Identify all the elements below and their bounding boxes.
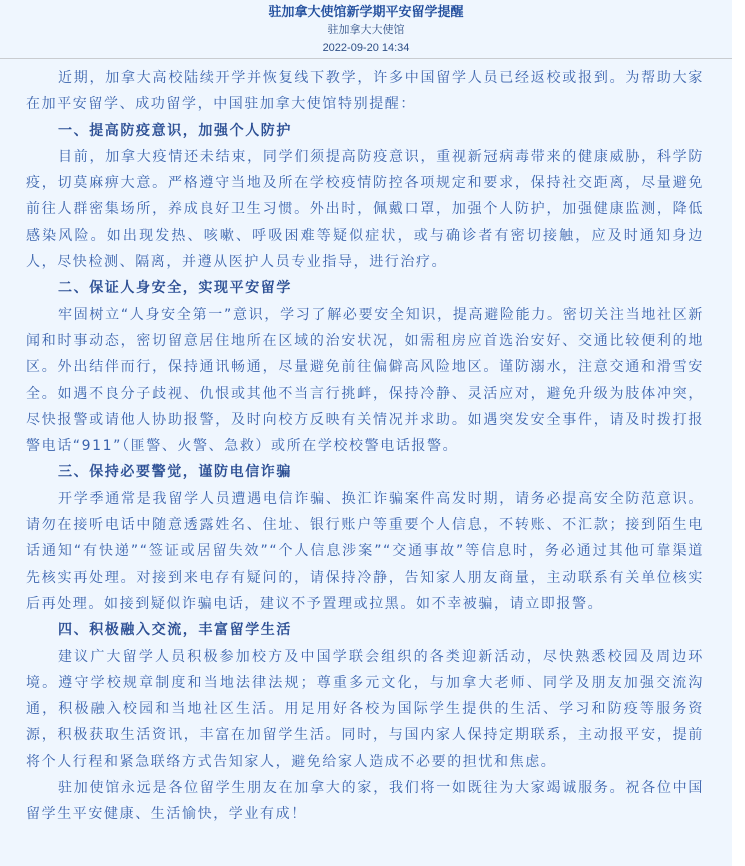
article-header: 驻加拿大使馆新学期平安留学提醒 驻加拿大大使馆 2022-09-20 14:34 — [0, 0, 732, 59]
article-panel: 驻加拿大使馆新学期平安留学提醒 驻加拿大大使馆 2022-09-20 14:34… — [0, 0, 732, 866]
closing-paragraph: 驻加使馆永远是各位留学生朋友在加拿大的家，我们将一如既往为大家竭诚服务。祝各位中… — [26, 775, 704, 828]
section-heading-3: 三、保持必要警觉，谨防电信诈骗 — [26, 459, 704, 485]
section-body-3: 开学季通常是我留学人员遭遇电信诈骗、换汇诈骗案件高发时期，请务必提高安全防范意识… — [26, 486, 704, 617]
article-title: 驻加拿大使馆新学期平安留学提醒 — [0, 3, 732, 21]
section-heading-2: 二、保证人身安全，实现平安留学 — [26, 275, 704, 301]
article-date: 2022-09-20 14:34 — [0, 40, 732, 56]
section-body-1: 目前，加拿大疫情还未结束，同学们须提高防疫意识，重视新冠病毒带来的健康威胁，科学… — [26, 144, 704, 275]
article-source: 驻加拿大大使馆 — [0, 22, 732, 38]
intro-paragraph: 近期，加拿大高校陆续开学并恢复线下教学，许多中国留学人员已经返校或报到。为帮助大… — [26, 65, 704, 118]
section-heading-1: 一、提高防疫意识，加强个人防护 — [26, 118, 704, 144]
section-body-4: 建议广大留学人员积极参加校方及中国学联会组织的各类迎新活动，尽快熟悉校园及周边环… — [26, 644, 704, 775]
section-heading-4: 四、积极融入交流，丰富留学生活 — [26, 617, 704, 643]
section-body-2: 牢固树立“人身安全第一”意识，学习了解必要安全知识，提高避险能力。密切关注当地社… — [26, 302, 704, 460]
article-body: 近期，加拿大高校陆续开学并恢复线下教学，许多中国留学人员已经返校或报到。为帮助大… — [26, 65, 704, 828]
